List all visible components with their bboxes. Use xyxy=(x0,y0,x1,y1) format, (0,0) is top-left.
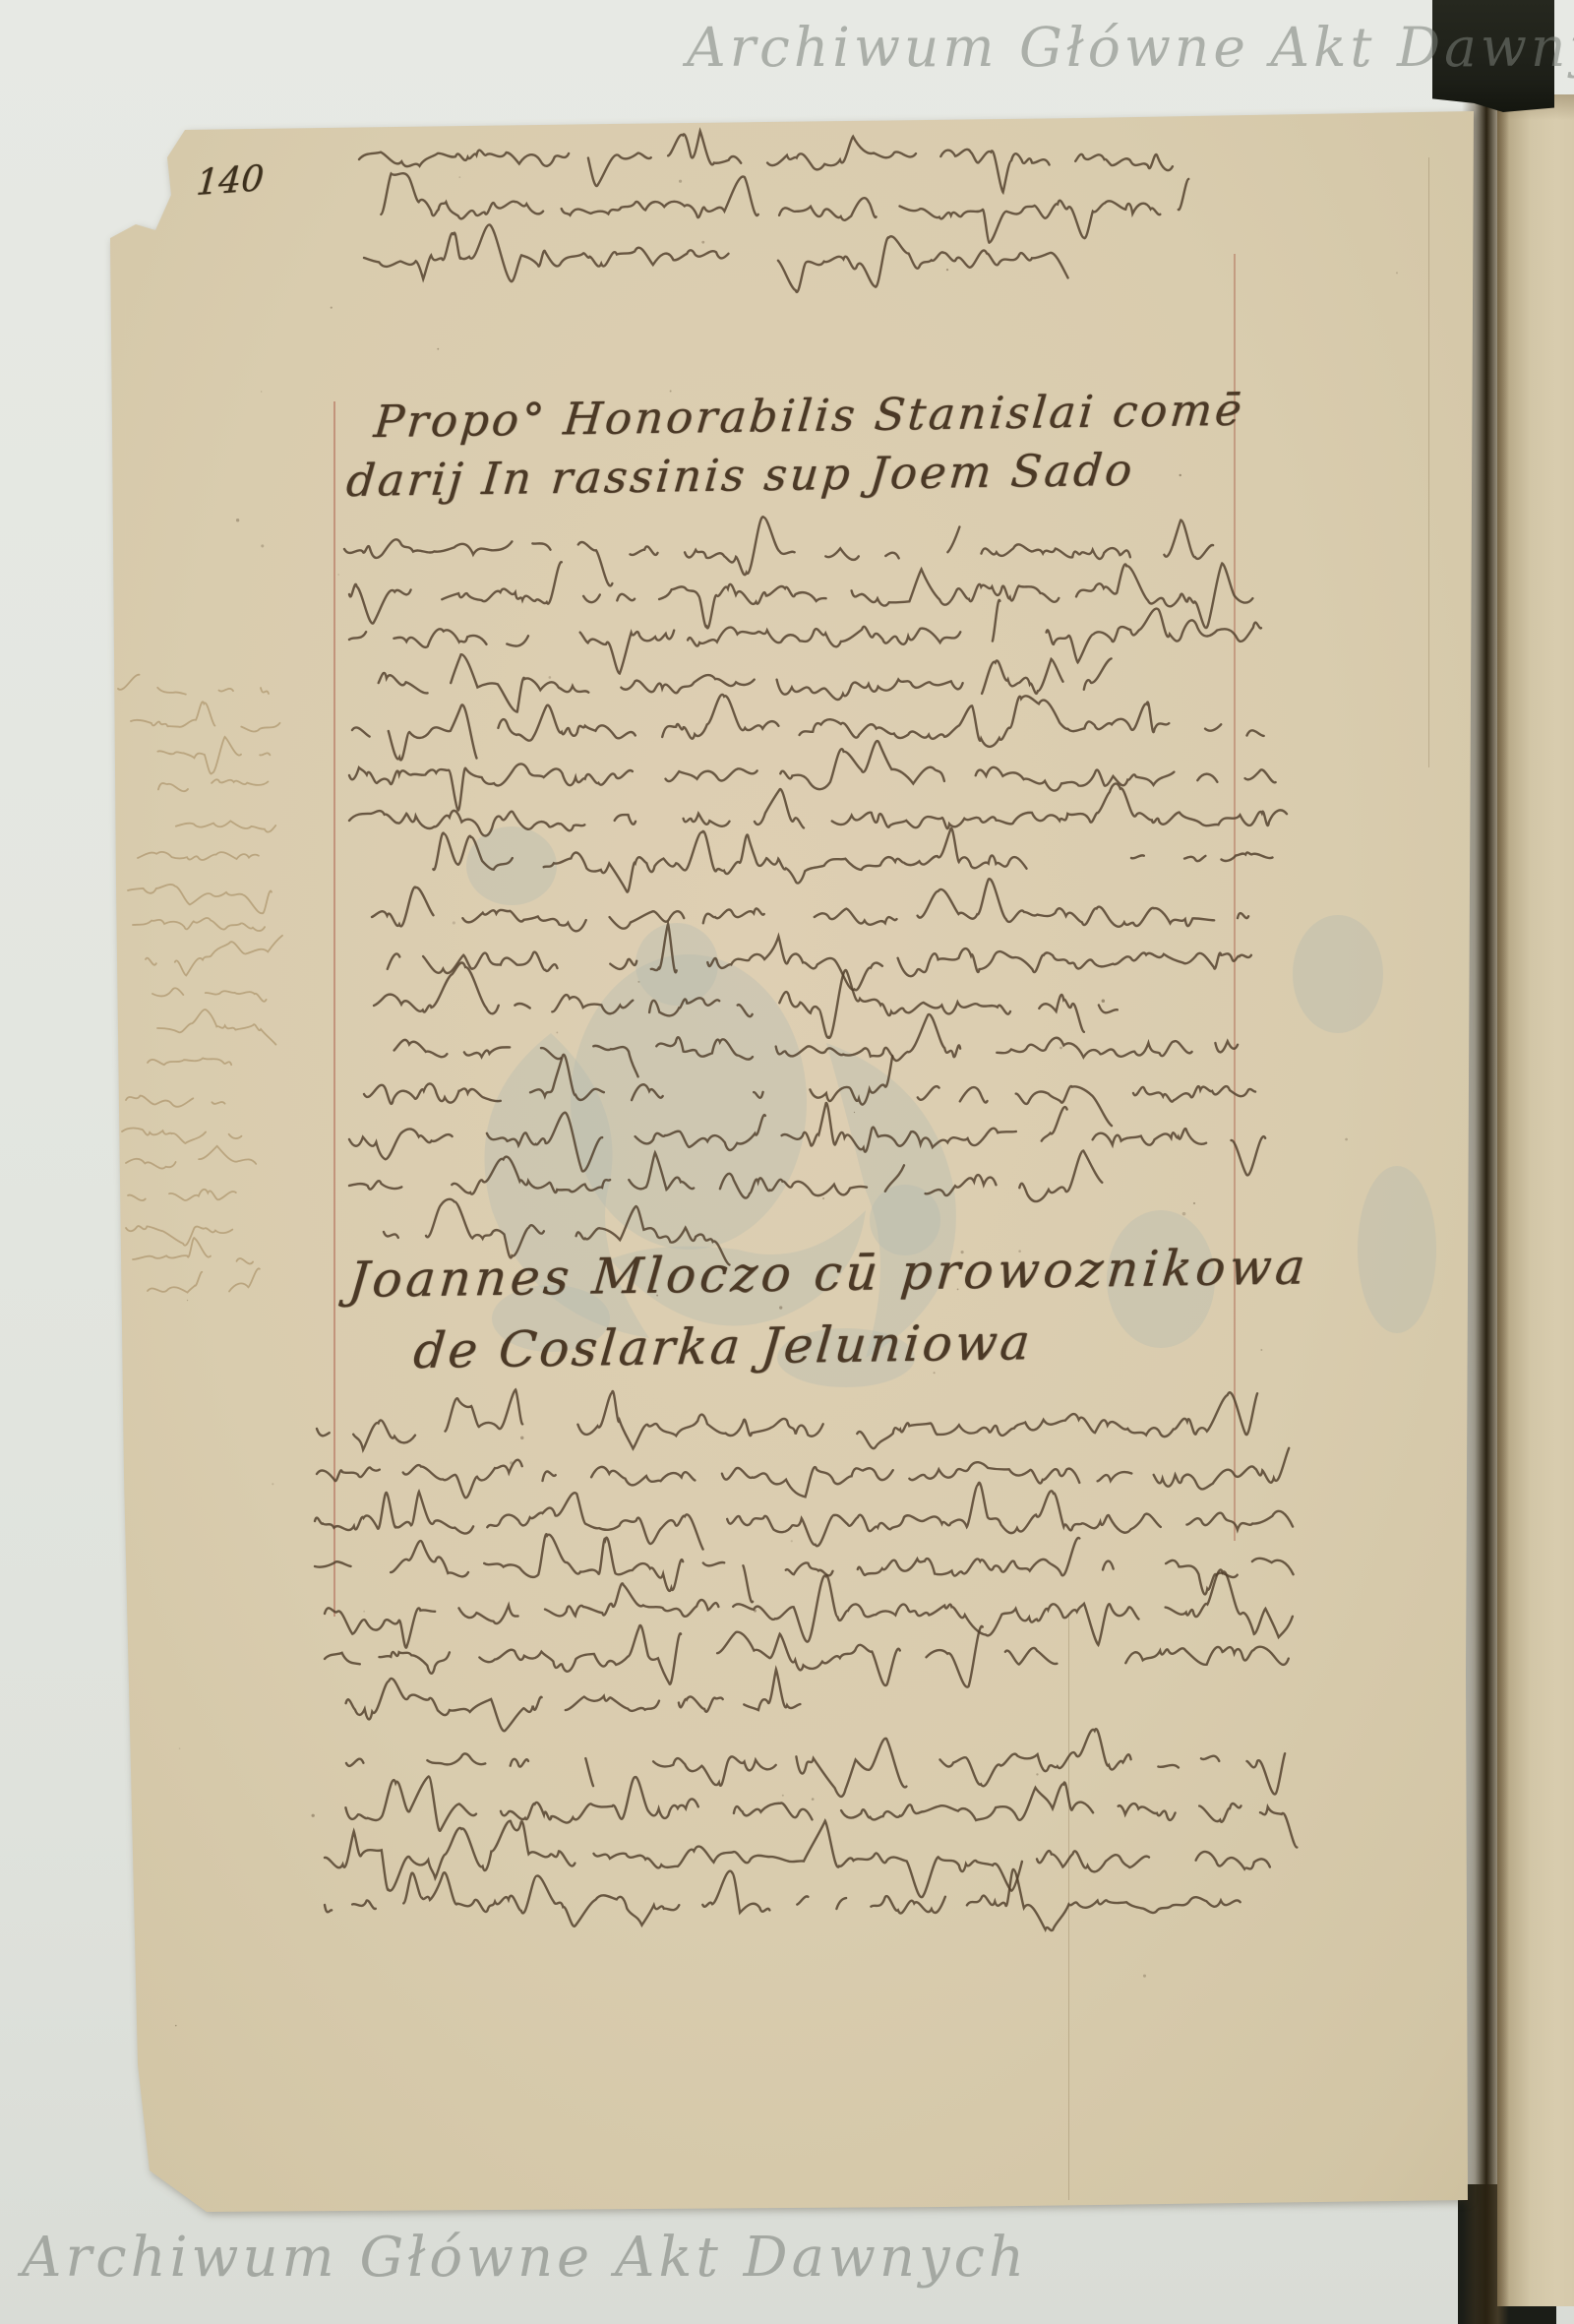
archive-watermark-top: Archiwum Główne Akt Dawnych xyxy=(687,16,1574,79)
margin-ruling-left xyxy=(333,401,335,1617)
entry-heading-2-line-1: Joannes Mloczo cū prowoznikowa xyxy=(346,1238,1311,1309)
folio-number: 140 xyxy=(195,158,265,204)
paper-watermark-eagle xyxy=(0,0,1574,2324)
paper-crease xyxy=(1428,157,1429,767)
entry-heading-1-line-1: Propo° Honorabilis Stanislai comē xyxy=(372,384,1246,448)
archival-scan: 140 Propo° Honorabilis Stanislai comē da… xyxy=(0,0,1574,2324)
entry-heading-2-line-2: de Coslarka Jeluniowa xyxy=(411,1314,1035,1379)
paper-surface: 140 Propo° Honorabilis Stanislai comē da… xyxy=(0,0,1574,2324)
manuscript-page: 140 Propo° Honorabilis Stanislai comē da… xyxy=(0,0,1574,2324)
entry-heading-1-line-2: darij In rassinis sup Joem Sado xyxy=(344,444,1137,507)
handwritten-ink-layer xyxy=(0,0,1574,2324)
paper-crease xyxy=(1068,1614,1069,2200)
archive-watermark-bottom: Archiwum Główne Akt Dawnych xyxy=(22,2226,1028,2290)
margin-ruling-right xyxy=(1234,254,1236,1541)
